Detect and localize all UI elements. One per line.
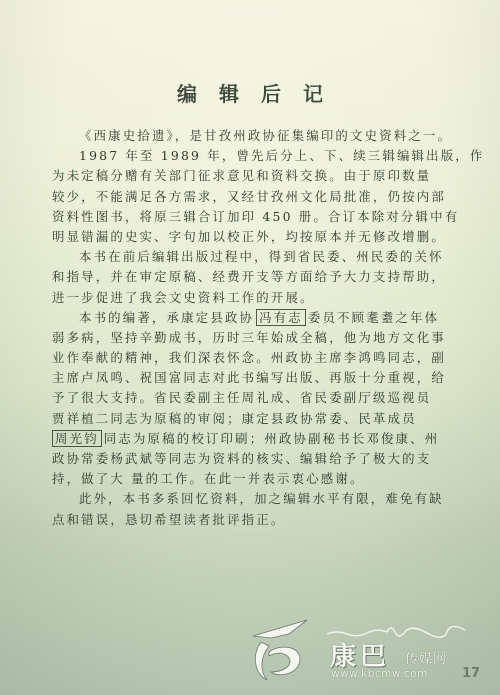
watermark-subtitle: 传媒网 — [405, 648, 447, 667]
text-line: 资料性图书，将原三辑合订加印 450 册。合订本除对分辑中有 — [52, 207, 470, 227]
text-segment: 本书的编著，承康定县政协 — [79, 310, 254, 325]
text-segment: 委员不顾耄耋之年体 — [308, 310, 439, 325]
text-line: 贾祥植二同志为原稿的审阅；康定县政协常委、民革成员 — [52, 409, 470, 429]
text-line: 明显错漏的史实、字句加以校正外，均按原本并无修改增删。 — [52, 227, 470, 247]
page-number: 17 — [462, 666, 480, 681]
text-line: 点和错误，恳切希望读者批评指正。 — [52, 510, 470, 530]
text-line: 予了很大支持。省民委副主任周礼成、省民委副厅级巡视员 — [52, 388, 470, 408]
boxed-name-feng-youzhi: 冯有志 — [256, 309, 306, 326]
text-line: 政协常委杨武斌等同志为资料的核实、编辑给予了极大的支 — [52, 449, 470, 469]
kangba-logo-icon — [249, 616, 311, 684]
text-line: 本书在前后编辑出版过程中，得到省民委、州民委的关怀 — [52, 247, 470, 267]
document-body: 《西康史拾遗》，是甘孜州政协征集编印的文史资料之一。 1987 年至 1989 … — [52, 126, 470, 530]
watermark: 康巴 传媒网 www.kbcmw.com — [245, 608, 490, 688]
boxed-name-zhou-guangjun: 周光钧 — [52, 430, 102, 447]
text-segment: 同志为原稿的校订印刷；州政协副秘书长邓俊康、州 — [104, 431, 440, 446]
text-line: 和指导，并在审定原稿、经费开支等方面给予大力支持帮助， — [52, 267, 470, 287]
text-line: 业作奉献的精神，我们深表怀念。州政协主席李鸿鸣同志，副 — [52, 348, 470, 368]
text-line: 主席卢凤鸣、祝国富同志对此书编写出版、再版十分重视，给 — [52, 368, 470, 388]
text-line: 《西康史拾遗》，是甘孜州政协征集编印的文史资料之一。 — [52, 126, 470, 146]
text-line: 较少，不能满足各方需求，又经甘孜州文化局批准，仍按内部 — [52, 187, 470, 207]
text-line: 周光钧同志为原稿的校订印刷；州政协副秘书长邓俊康、州 — [52, 429, 470, 449]
text-line: 为未定稿分赠有关部门征求意见和资料交换。由于原印数量 — [52, 166, 470, 186]
text-line: 进一步促进了我会文史资料工作的开展。 — [52, 288, 470, 308]
watermark-url: www.kbcmw.com — [331, 668, 428, 680]
text-line: 弱多病，坚持辛勤成书，历时三年始成全稿，他为地方文化事 — [52, 328, 470, 348]
text-line: 持，做了大 量的工作。在此一并表示衷心感谢。 — [52, 469, 470, 489]
text-line: 1987 年至 1989 年，曾先后分上、下、续三辑编辑出版，作 — [52, 146, 470, 166]
text-line: 本书的编著，承康定县政协冯有志委员不顾耄耋之年体 — [52, 308, 470, 328]
page-title: 编辑后记 — [0, 78, 500, 107]
text-line: 此外，本书多系回忆资料，加之编辑水平有限，难免有缺 — [52, 489, 470, 509]
